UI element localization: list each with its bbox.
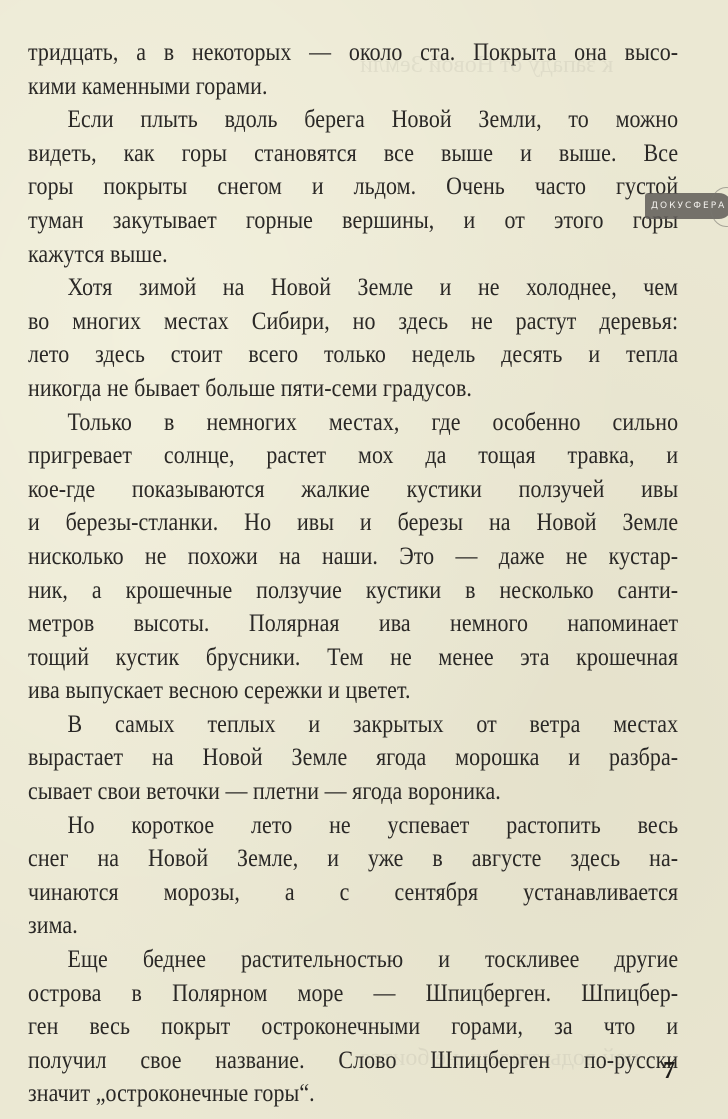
text-line: кое-где показываются жалкие кустики полз… — [28, 472, 678, 506]
text-line: чинаются морозы, а с сентября устанавлив… — [28, 875, 678, 909]
text-line: зима. — [28, 908, 678, 942]
text-line: во многих местах Сибири, но здесь не рас… — [28, 304, 678, 338]
text-line: метров высоты. Полярная ива немного напо… — [28, 606, 678, 640]
text-line: тощий кустик брусники. Тем не менее эта … — [28, 640, 678, 674]
text-line: и березы-стланки. Но ивы и березы на Нов… — [28, 505, 678, 539]
text-line: В самых теплых и закрытых от ветра места… — [28, 707, 678, 741]
text-line: сывает свои веточки — плетни — ягода вор… — [28, 774, 678, 808]
text-line: ива выпускает весною сережки и цветет. — [28, 673, 678, 707]
text-line: вырастает на Новой Земле ягода морошка и… — [28, 740, 678, 774]
page-number: 7 — [663, 1058, 675, 1085]
text-line: пригревает солнце, растет мох да тощая т… — [28, 438, 678, 472]
text-line: кажутся выше. — [28, 237, 678, 271]
text-line: туман закутывает горные вершины, и от эт… — [28, 203, 678, 237]
text-line: ген весь покрыт остроконечными горами, з… — [28, 1009, 678, 1043]
text-line: получил свое название. Слово Шпицберген … — [28, 1043, 678, 1077]
text-line: видеть, как горы становятся все выше и в… — [28, 136, 678, 170]
text-line: ник, а крошечные ползучие кустики в неск… — [28, 573, 678, 607]
book-page-text: тридцать, а в некоторых — около ста. Пок… — [28, 35, 678, 1110]
text-line: кими каменными горами. — [28, 69, 678, 103]
text-line: снег на Новой Земле, и уже в августе зде… — [28, 841, 678, 875]
text-line: Только в немногих местах, где особенно с… — [28, 405, 678, 439]
text-line: Но короткое лето не успевает растопить в… — [28, 808, 678, 842]
text-line: Хотя зимой на Новой Земле и не холоднее,… — [28, 270, 678, 304]
text-line: Еще беднее растительностью и тоскливее д… — [28, 942, 678, 976]
text-line: горы покрыты снегом и льдом. Очень часто… — [28, 169, 678, 203]
text-line: лето здесь стоит всего только недель дес… — [28, 337, 678, 371]
text-line: тридцать, а в некоторых — около ста. Пок… — [28, 35, 678, 69]
watermark-badge: ДОКУСФЕРА — [645, 193, 728, 219]
text-line: никогда не бывает больше пяти-семи граду… — [28, 371, 678, 405]
text-line: острова в Полярном море — Шпицберген. Шп… — [28, 976, 678, 1010]
text-line: Если плыть вдоль берега Новой Земли, то … — [28, 102, 678, 136]
text-line: нисколько не похожи на наши. Это — даже … — [28, 539, 678, 573]
text-line: значит „остроконечные горы“. — [28, 1076, 678, 1110]
